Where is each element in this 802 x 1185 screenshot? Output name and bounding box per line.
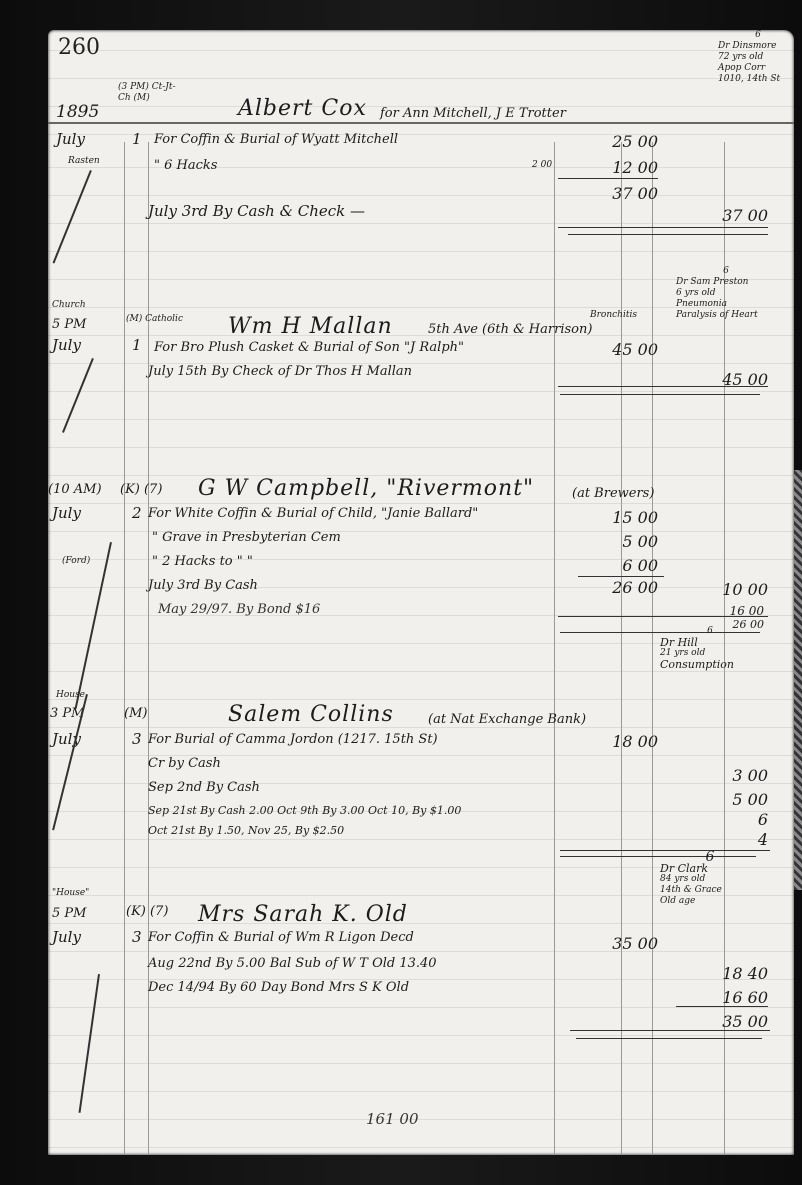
entry-line-4-5: Oct 21st By 1.50, Nov 25, By $2.50 (148, 824, 344, 837)
debit-4-1: 18 00 (578, 732, 658, 751)
column-rule-debit-cents (621, 142, 622, 1155)
credit-4-3: 5 00 (688, 790, 768, 809)
entry-month-2: July (52, 336, 81, 354)
entry-day-4: 3 (132, 730, 142, 748)
entry-place-5: "House" (52, 888, 89, 899)
subtotal-rule-5 (676, 1006, 768, 1007)
doctor-note-2: 6 Dr Sam Preston 6 yrs old Pneumonia Par… (676, 266, 776, 321)
entry-place-3: (Ford) (62, 556, 90, 567)
credit-5-3: 16 60 (688, 988, 768, 1007)
entry-line-2-1: For Bro Plush Casket & Burial of Son "J … (154, 340, 464, 355)
account-note-2: 5th Ave (6th & Harrison) (428, 322, 592, 337)
subtotal-rule-1 (558, 178, 658, 179)
entry-line-5-3: Dec 14/94 By 60 Day Bond Mrs S K Old (148, 980, 409, 995)
header-note: (3 PM) Ct-Jt-Ch (M) (118, 82, 178, 104)
account-name-3: G W Campbell, "Rivermont" (198, 476, 534, 501)
header-rule (48, 122, 794, 124)
entry-line-4-2: Cr by Cash (148, 756, 221, 771)
doctor-note-4: 6 Dr Clark 84 yrs old 14th & Grace Old a… (660, 852, 760, 907)
entry-line-3-2: " Grave in Presbyterian Cem (152, 530, 341, 545)
entry-line-1-2: " 6 Hacks (154, 158, 217, 173)
closing-rule-1a (558, 227, 768, 228)
debit-1-1: 25 00 (578, 132, 658, 151)
doctor-note-3: 6 Dr Hill 21 yrs old Consumption (660, 626, 760, 670)
settled-mark-3 (75, 542, 112, 709)
debit-3-4: 26 00 (578, 578, 658, 597)
debit-1-3: 37 00 (578, 184, 658, 203)
credit-4-2: 3 00 (688, 766, 768, 785)
settled-mark-5 (79, 974, 100, 1113)
closing-rule-5b (576, 1038, 762, 1039)
entry-month-5: July (52, 928, 81, 946)
account-note-1: for Ann Mitchell, J E Trotter (380, 106, 566, 121)
entry-code-5: (K) (7) (126, 904, 168, 919)
column-rule-date (124, 142, 125, 1155)
debit-3-2: 5 00 (578, 532, 658, 551)
entry-day-2: 1 (132, 336, 142, 354)
credit-5-4: 35 00 (688, 1012, 768, 1031)
debit-1-2: 12 00 (578, 158, 658, 177)
entry-line-2-2: July 15th By Check of Dr Thos H Mallan (148, 364, 412, 379)
side-note-1-2: 2 00 (532, 160, 552, 171)
column-rule-credit-left (652, 142, 653, 1155)
entry-line-1-1: For Coffin & Burial of Wyatt Mitchell (154, 132, 398, 147)
entry-line-3-5: May 29/97. By Bond $16 (158, 602, 320, 617)
closing-rule-1b (568, 234, 768, 235)
entry-month-1: July (56, 130, 85, 148)
account-name-5: Mrs Sarah K. Old (198, 902, 408, 927)
entry-place-2: Church (52, 300, 86, 311)
entry-time-2: 5 PM (52, 317, 86, 332)
account-name-1: Albert Cox (238, 96, 367, 121)
entry-line-4-3: Sep 2nd By Cash (148, 780, 260, 795)
cause-note-2: Bronchitis (590, 310, 637, 321)
entry-day-5: 3 (132, 928, 142, 946)
entry-line-5-2: Aug 22nd By 5.00 Bal Sub of W T Old 13.4… (148, 956, 437, 971)
closing-rule-5a (570, 1030, 770, 1031)
closing-rule-2a (558, 386, 768, 387)
year: 1895 (56, 102, 99, 122)
credit-4-5: 4 (688, 830, 768, 849)
entry-code-4: (M) (124, 706, 147, 721)
credit-1-4: 37 00 (688, 206, 768, 225)
page-number: 260 (58, 35, 100, 60)
settled-mark-1 (53, 170, 92, 263)
entry-code-3: (K) (7) (120, 482, 162, 497)
entry-place-1: Rasten (68, 156, 100, 167)
credit-5-2: 18 40 (688, 964, 768, 983)
entry-day-3: 2 (132, 504, 142, 522)
entry-time-3: (10 AM) (48, 482, 102, 497)
entry-day-1: 1 (132, 130, 142, 148)
account-note-4: (at Nat Exchange Bank) (428, 712, 586, 727)
debit-3-1: 15 00 (578, 508, 658, 527)
page-total: 161 00 (366, 1110, 419, 1128)
entry-line-3-1: For White Coffin & Burial of Child, "Jan… (148, 506, 478, 521)
entry-line-4-1: For Burial of Camma Jordon (1217. 15th S… (148, 732, 438, 747)
column-rule-debit-left (554, 142, 555, 1155)
credit-3-5: 16 00 (698, 604, 764, 618)
entry-line-1-4: July 3rd By Cash & Check — (148, 202, 365, 220)
entry-place-4: House (56, 690, 85, 701)
ledger-page: 260 1895 (3 PM) Ct-Jt-Ch (M) 6 Dr Dinsmo… (48, 30, 794, 1155)
debit-2-1: 45 00 (578, 340, 658, 359)
entry-line-4-4: Sep 21st By Cash 2.00 Oct 9th By 3.00 Oc… (148, 804, 461, 817)
credit-3-4: 10 00 (688, 580, 768, 599)
account-name-4: Salem Collins (228, 702, 394, 727)
closing-rule-2b (560, 394, 760, 395)
entry-line-3-3: " 2 Hacks to " " (152, 554, 253, 569)
column-rule-day (148, 142, 149, 1155)
entry-month-3: July (52, 504, 81, 522)
account-name-2: Wm H Mallan (228, 314, 393, 339)
entry-code-2: (M) Catholic (126, 314, 183, 325)
debit-5-1: 35 00 (578, 934, 658, 953)
entry-time-5: 5 PM (52, 906, 86, 921)
doctor-note-1: 6 Dr Dinsmore 72 yrs old Apop Corr 1010,… (718, 30, 798, 85)
entry-line-3-4: July 3rd By Cash (148, 578, 258, 593)
entry-line-5-1: For Coffin & Burial of Wm R Ligon Decd (148, 930, 414, 945)
settled-mark-2 (62, 358, 94, 433)
credit-4-4: 6 (688, 810, 768, 829)
debit-3-3: 6 00 (578, 556, 658, 575)
account-note-3: (at Brewers) (572, 486, 654, 501)
